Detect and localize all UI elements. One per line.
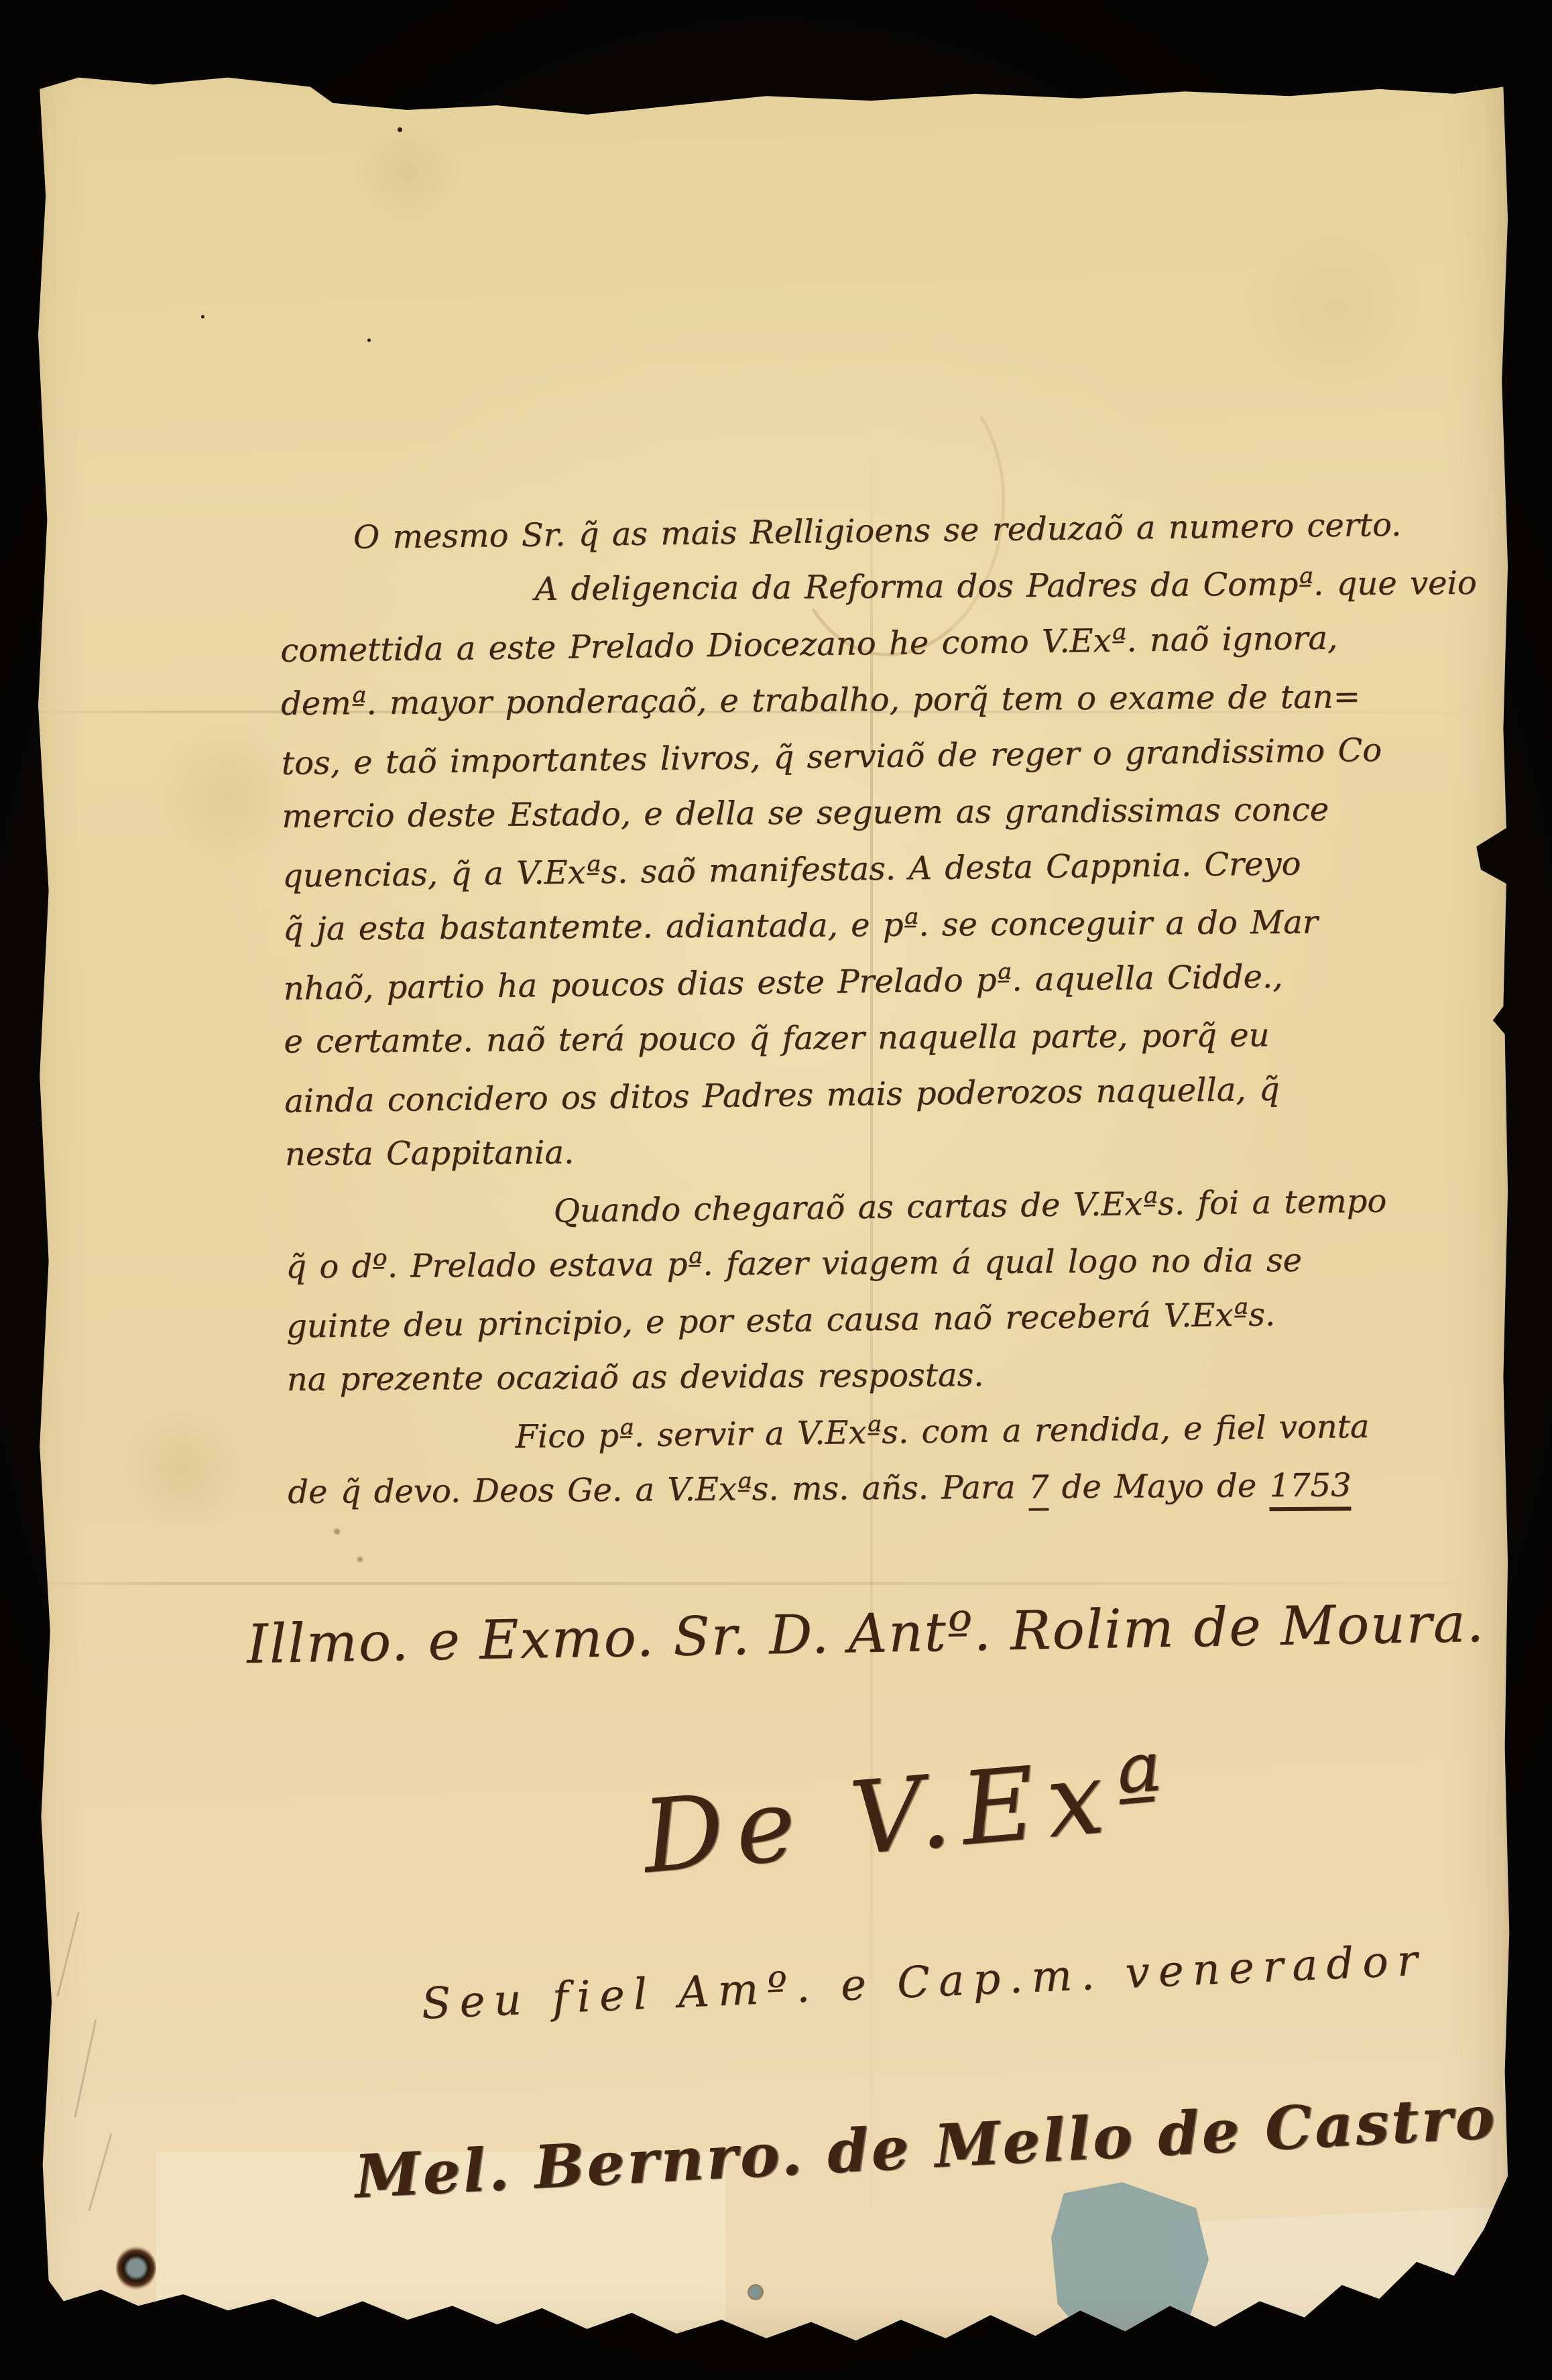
gray-repair-tape-patch	[1051, 2182, 1209, 2367]
valediction-flourish: De V.Exª	[638, 1734, 1180, 1897]
body-line: nesta Cappitania.	[285, 1118, 1482, 1183]
ink-speck	[367, 339, 371, 342]
date-line-prefix: de q̃ devo. Deos Ge. a V.Exªs. ms. añs. …	[288, 1469, 1028, 1511]
closing-line: Fico pª. servir a V.Exªs. com a rendida,…	[515, 1397, 1484, 1466]
ink-showthrough-mark	[88, 2133, 113, 2211]
underlined-year: 1753	[1269, 1466, 1352, 1511]
paper-sheet: O mesmo Sr. q̃ as mais Relligioens se re…	[19, 34, 1514, 2350]
body-line: na prezente ocaziaõ as devidas respostas…	[287, 1344, 1484, 1408]
ink-speck	[201, 315, 204, 318]
foxing-spot	[357, 1557, 363, 1562]
ink-showthrough-mark	[56, 1912, 79, 1997]
ink-blot-hole	[116, 2246, 156, 2290]
signature-role-line: Seu fiel Amº. e Cap.m. venerador	[420, 1936, 1427, 2029]
signature-name: Mel. Bernro. de Mello de Castro	[353, 2082, 1498, 2211]
underlined-day: 7	[1028, 1468, 1049, 1510]
foxing-spot	[334, 1529, 340, 1535]
body-line: Quando chegaraõ as cartas de V.Exªs. foi…	[553, 1172, 1482, 1240]
ink-speck	[398, 127, 402, 132]
address-line: Illmo. e Exmo. Sr. D. Antº. Rolim de Mou…	[246, 1592, 1485, 1675]
body-line: A deligencia da Reforma dos Padres da Co…	[534, 555, 1477, 617]
letter-body: O mesmo Sr. q̃ as mais Relligioens se re…	[279, 497, 1484, 1522]
body-line: O mesmo Sr. q̃ as mais Relligioens se re…	[353, 495, 1476, 565]
tape-residue-patch-right	[1172, 2206, 1517, 2350]
date-line-middle: de Mayo de	[1049, 1467, 1269, 1506]
photo-black-background: O mesmo Sr. q̃ as mais Relligioens se re…	[0, 0, 1552, 2380]
ink-showthrough-mark	[74, 2019, 97, 2117]
small-gray-spot	[750, 2286, 762, 2298]
date-line: de q̃ devo. Deos Ge. a V.Exªs. ms. añs. …	[288, 1456, 1485, 1521]
horizontal-fold-crease-lower	[19, 1582, 1514, 1585]
